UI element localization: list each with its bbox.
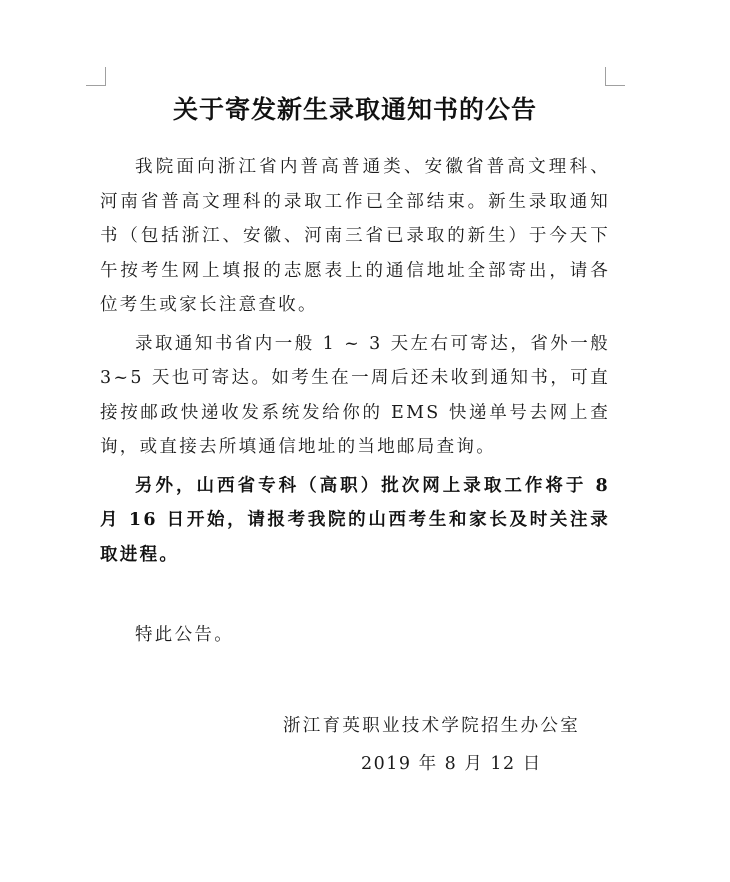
- signature-office: 浙江育英职业技术学院招生办公室: [283, 712, 580, 740]
- page-title: 关于寄发新生录取通知书的公告: [100, 88, 610, 132]
- paragraph-admission-complete: 我院面向浙江省内普高普通类、安徽省普高文理科、河南省普高文理科的录取工作已全部结…: [100, 150, 610, 323]
- closing-statement: 特此公告。: [100, 618, 610, 653]
- page-corner-mark-right: [605, 67, 625, 86]
- paragraph-delivery-time: 录取通知书省内一般 1 ~ 3 天左右可寄达，省外一般 3~5 天也可寄达。如考…: [100, 327, 610, 465]
- page-corner-mark-left: [86, 67, 106, 86]
- paragraph-shanxi-notice: 另外，山西省专科（高职）批次网上录取工作将于 8 月 16 日开始，请报考我院的…: [100, 469, 610, 573]
- signature-date: 2019 年 8 月 12 日: [361, 750, 542, 778]
- document-body: 关于寄发新生录取通知书的公告 我院面向浙江省内普高普通类、安徽省普高文理科、河南…: [100, 88, 610, 653]
